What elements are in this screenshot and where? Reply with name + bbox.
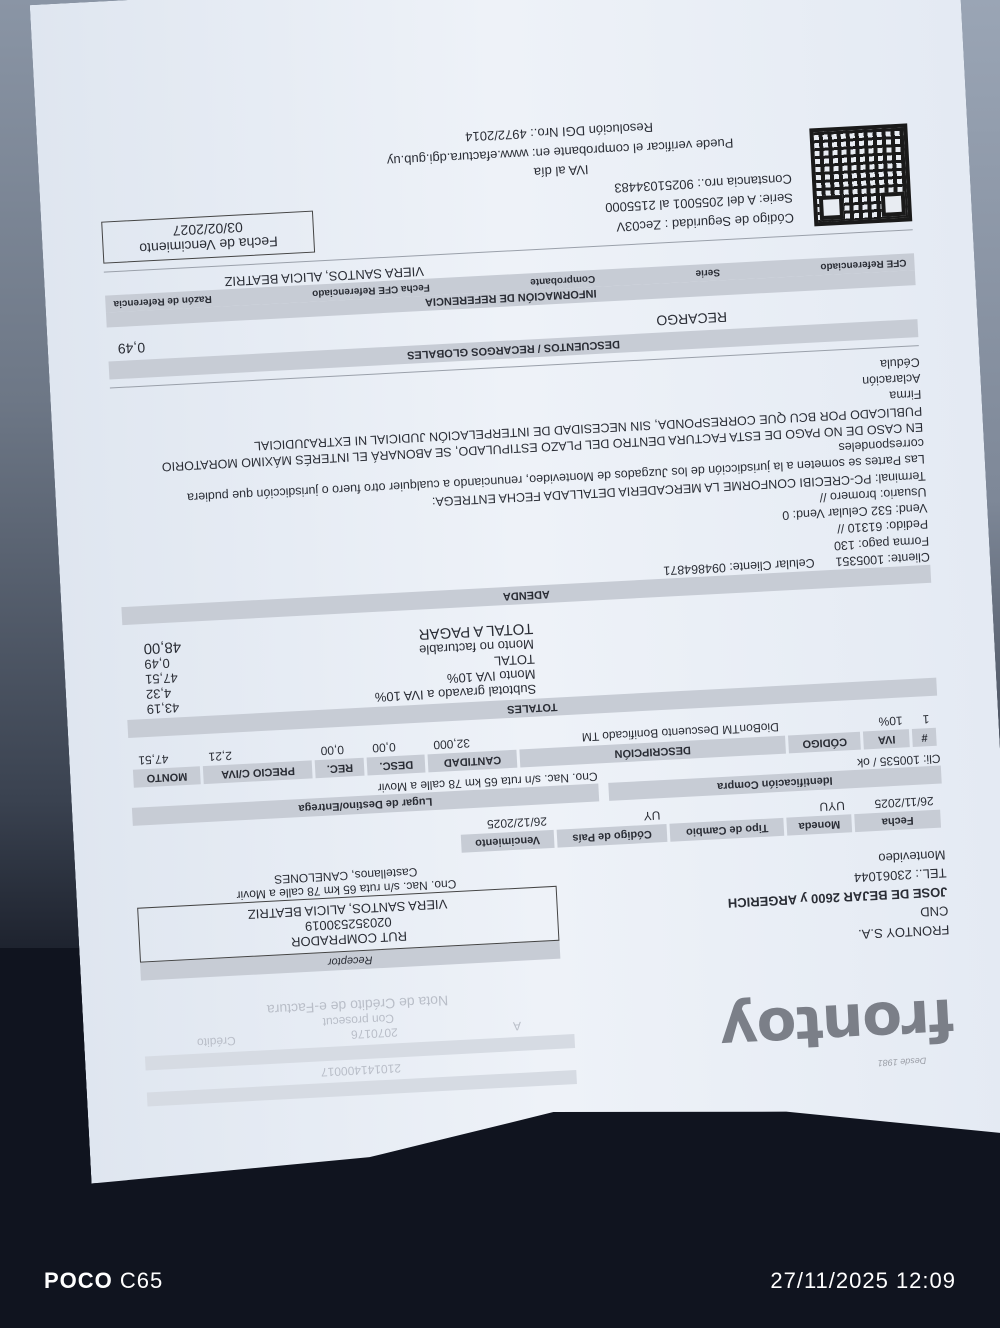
camera-watermark-model: POCO C65 bbox=[44, 1268, 163, 1294]
expiry-box: Fecha de Vencimiento 03/02/2027 bbox=[101, 210, 315, 263]
footer-block: Código de Seguridad : Zec03V Serie: A de… bbox=[97, 104, 912, 263]
adenda-block: Cliente: 1005351 Celular Cliente: 094864… bbox=[110, 354, 930, 607]
qr-code-icon bbox=[809, 123, 912, 226]
doc-header: 210141400017 A 2070176 Crédito Con prose… bbox=[142, 986, 577, 1110]
camera-watermark-datetime: 27/11/2025 12:09 bbox=[770, 1268, 956, 1294]
receptor-block: Receptor RUT COMPRADOR 020352530019 VIER… bbox=[136, 858, 561, 981]
receipt-upside-down: Desde 1981 frontoy 210141400017 A 207017… bbox=[30, 0, 1000, 1184]
receipt-paper: Desde 1981 frontoy 210141400017 A 207017… bbox=[30, 0, 1000, 1184]
issuer-block: FRONTOY S.A. CND JOSE DE BEJAR 2600 y AR… bbox=[725, 837, 950, 949]
